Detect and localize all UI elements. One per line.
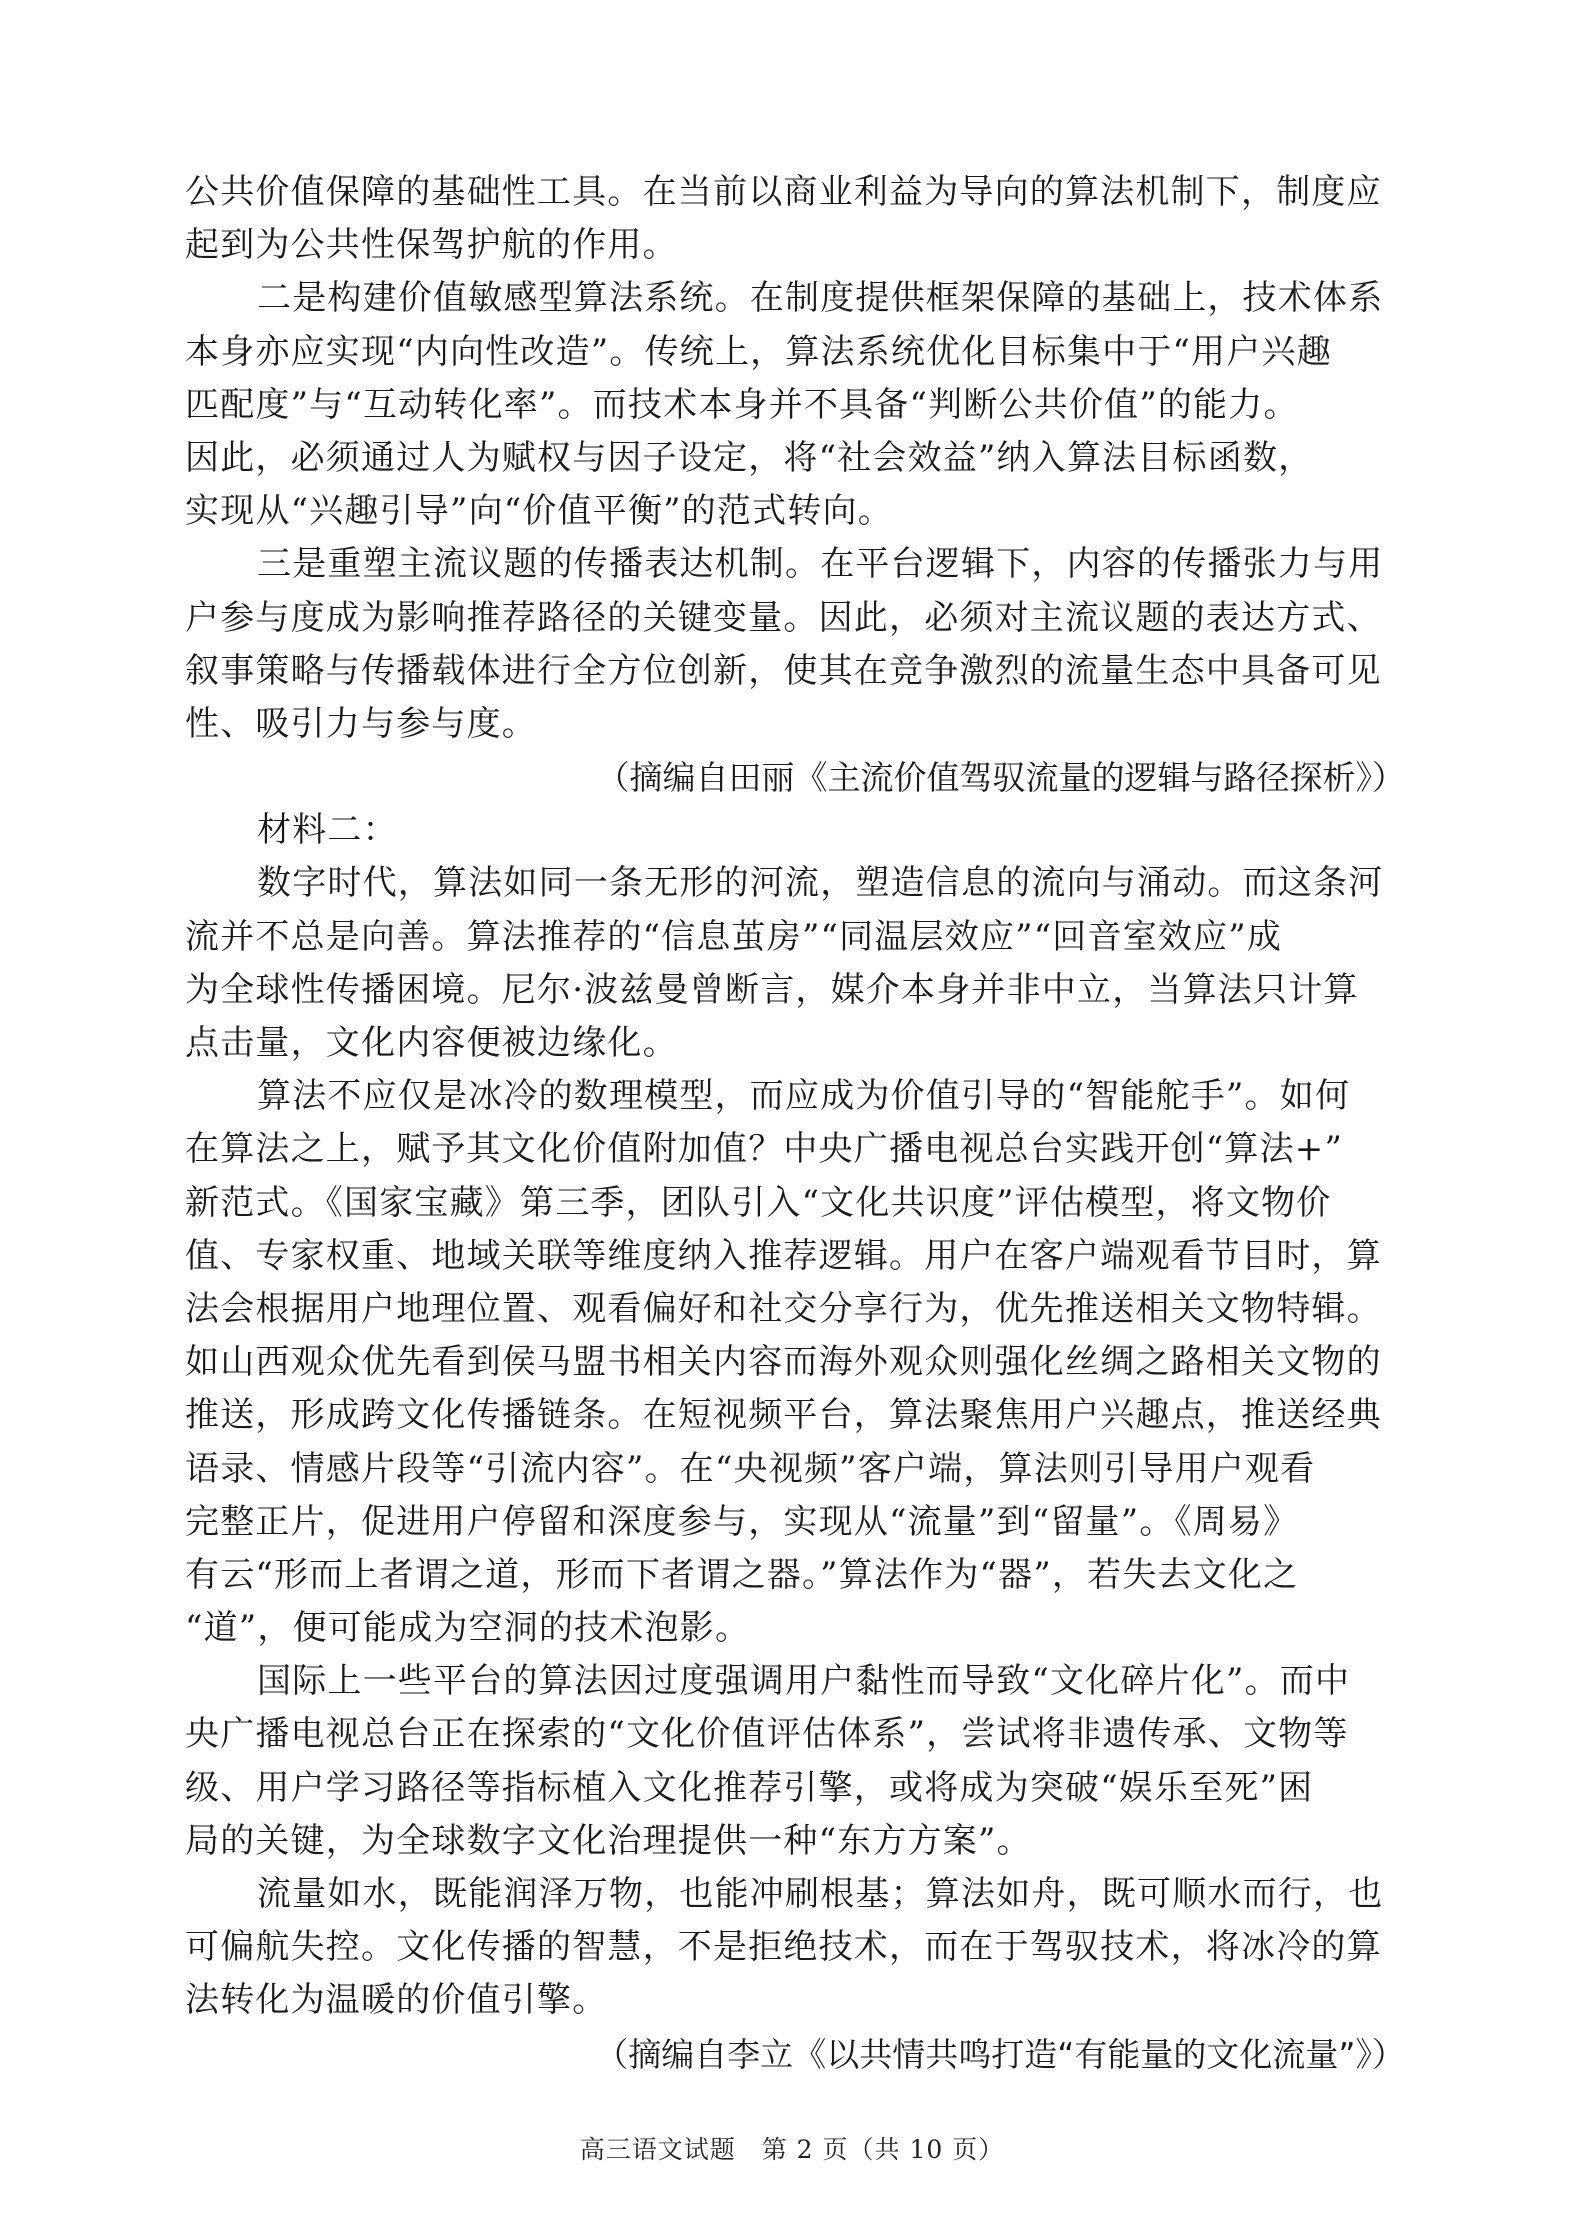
- text-line: 点击量，文化内容便被边缘化。: [185, 1017, 1411, 1070]
- text-line: 法会根据用户地理位置、观看偏好和社交分享行为，优先推送相关文物特辑。: [185, 1283, 1411, 1336]
- text-line: 法转化为温暖的价值引擎。: [185, 1974, 1411, 2027]
- text-line: 可偏航失控。文化传播的智慧，不是拒绝技术，而在于驾驭技术，将冰冷的算: [185, 1921, 1411, 1974]
- page-footer: 高三语文试题 第 2 页（共 10 页）: [0, 2130, 1584, 2166]
- text-line: 流量如水，既能润泽万物，也能冲刷根基；算法如舟，既可顺水而行，也: [185, 1868, 1411, 1921]
- text-line: 性、吸引力与参与度。: [185, 698, 1411, 751]
- material-two-label: 材料二：: [185, 804, 1411, 857]
- text-line: 如山西观众优先看到侯马盟书相关内容而海外观众则强化丝绸之路相关文物的: [185, 1336, 1411, 1389]
- text-line: 公共价值保障的基础性工具。在当前以商业利益为导向的算法机制下，制度应: [185, 166, 1411, 219]
- text-line: 有云“形而上者谓之道，形而下者谓之器。”算法作为“器”，若失去文化之: [185, 1549, 1411, 1602]
- text-line: 值、专家权重、地域关联等维度纳入推荐逻辑。用户在客户端观看节目时，算: [185, 1230, 1411, 1283]
- text-line: 匹配度”与“互动转化率”。而技术本身并不具备“判断公共价值”的能力。: [185, 379, 1411, 432]
- text-line: 央广播电视总台正在探索的“文化价值评估体系”，尝试将非遗传承、文物等: [185, 1708, 1411, 1761]
- text-line: 语录、情感片段等“引流内容”。在“央视频”客户端，算法则引导用户观看: [185, 1443, 1411, 1496]
- document-page: 公共价值保障的基础性工具。在当前以商业利益为导向的算法机制下，制度应 起到为公共…: [185, 166, 1411, 2081]
- text-line: 实现从“兴趣引导”向“价值平衡”的范式转向。: [185, 485, 1411, 538]
- text-line: 局的关键，为全球数字文化治理提供一种“东方方案”。: [185, 1815, 1411, 1868]
- text-line: 为全球性传播困境。尼尔·波兹曼曾断言，媒介本身并非中立，当算法只计算: [185, 964, 1411, 1017]
- text-line: 因此，必须通过人为赋权与因子设定，将“社会效益”纳入算法目标函数，: [185, 432, 1411, 485]
- text-line: 起到为公共性保驾护航的作用。: [185, 219, 1411, 272]
- material-two-body: 数字时代，算法如同一条无形的河流，塑造信息的流向与涌动。而这条河 流并不总是向善…: [185, 857, 1411, 2027]
- material-one-continuation: 公共价值保障的基础性工具。在当前以商业利益为导向的算法机制下，制度应 起到为公共…: [185, 166, 1411, 751]
- text-line: 推送，形成跨文化传播链条。在短视频平台，算法聚焦用户兴趣点，推送经典: [185, 1389, 1411, 1442]
- text-line: 国际上一些平台的算法因过度强调用户黏性而导致“文化碎片化”。而中: [185, 1655, 1411, 1708]
- text-line: 流并不总是向善。算法推荐的“信息茧房”“同温层效应”“回音室效应”成: [185, 911, 1411, 964]
- text-line: 户参与度成为影响推荐路径的关键变量。因此，必须对主流议题的表达方式、: [185, 592, 1411, 645]
- source-attribution-1: （摘编自田丽《主流价值驾驭流量的逻辑与路径探析》）: [185, 751, 1411, 804]
- text-line: 二是构建价值敏感型算法系统。在制度提供框架保障的基础上，技术体系: [185, 272, 1411, 325]
- text-line: 本身亦应实现“内向性改造”。传统上，算法系统优化目标集中于“用户兴趣: [185, 326, 1411, 379]
- text-line: 级、用户学习路径等指标植入文化推荐引擎，或将成为突破“娱乐至死”困: [185, 1762, 1411, 1815]
- text-line: 算法不应仅是冰冷的数理模型，而应成为价值引导的“智能舵手”。如何: [185, 1070, 1411, 1123]
- text-line: 数字时代，算法如同一条无形的河流，塑造信息的流向与涌动。而这条河: [185, 857, 1411, 910]
- text-line: “道”，便可能成为空洞的技术泡影。: [185, 1602, 1411, 1655]
- source-attribution-2: （摘编自李立《以共情共鸣打造“有能量的文化流量”》）: [185, 2028, 1411, 2081]
- text-line: 三是重塑主流议题的传播表达机制。在平台逻辑下，内容的传播张力与用: [185, 538, 1411, 591]
- text-line: 叙事策略与传播载体进行全方位创新，使其在竞争激烈的流量生态中具备可见: [185, 645, 1411, 698]
- text-line: 新范式。《国家宝藏》第三季，团队引入“文化共识度”评估模型，将文物价: [185, 1177, 1411, 1230]
- text-line: 在算法之上，赋予其文化价值附加值？中央广播电视总台实践开创“算法+”: [185, 1123, 1411, 1176]
- text-line: 完整正片，促进用户停留和深度参与，实现从“流量”到“留量”。《周易》: [185, 1496, 1411, 1549]
